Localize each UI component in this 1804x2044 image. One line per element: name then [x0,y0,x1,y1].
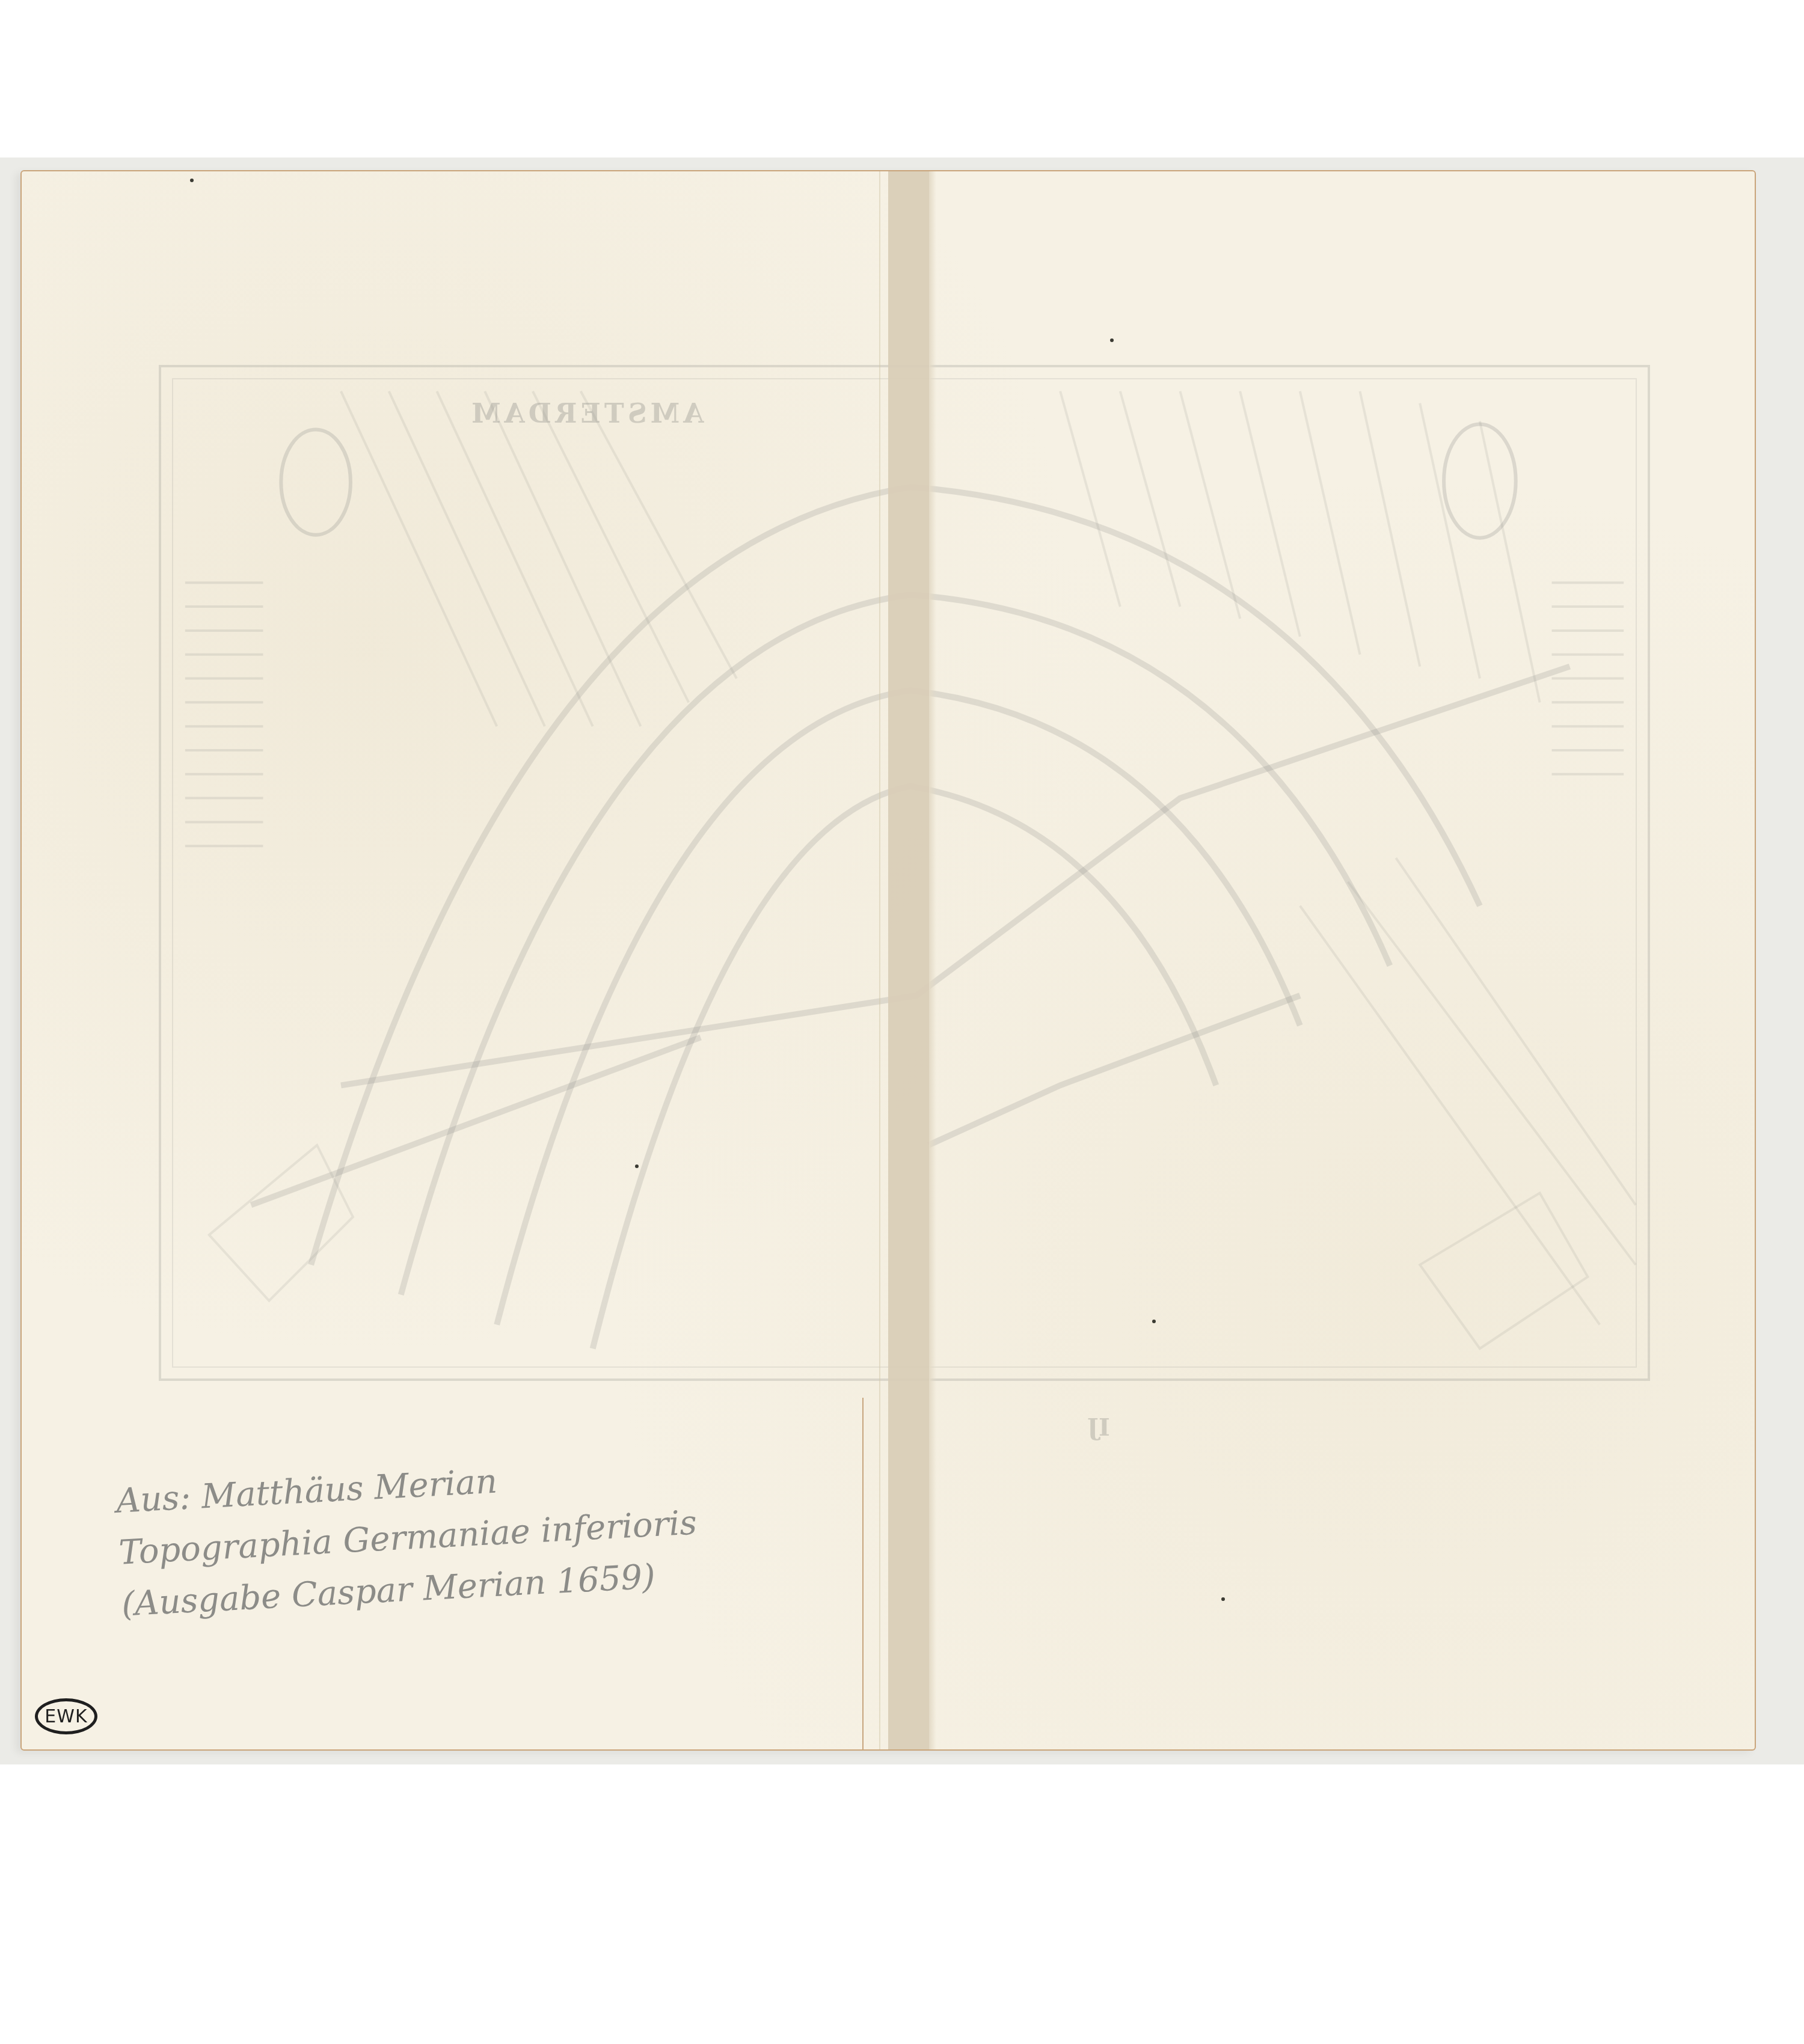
collector-stamp: EWK [35,1698,97,1734]
mirrored-sea-label: IJ [1087,1413,1110,1442]
mirrored-map-title: AMSTERDAM [468,399,704,429]
paper-sheet: AMSTERDAM IJ Aus: Matthäus Merian Topogr… [20,170,1756,1751]
sheet-edge-line [862,1398,864,1749]
sheet-join-line [879,171,880,1749]
hinge-tape-strip [888,171,929,1749]
paper-speck [635,1164,639,1168]
paper-speck [1110,338,1114,342]
paper-speck [190,179,194,182]
paper-speck [1221,1597,1225,1601]
paper-speck [1152,1320,1156,1323]
tape-torn-edge [929,171,936,1749]
stamp-text: EWK [44,1706,87,1727]
pencil-inscription: Aus: Matthäus Merian Topographia Germani… [115,1445,723,1631]
